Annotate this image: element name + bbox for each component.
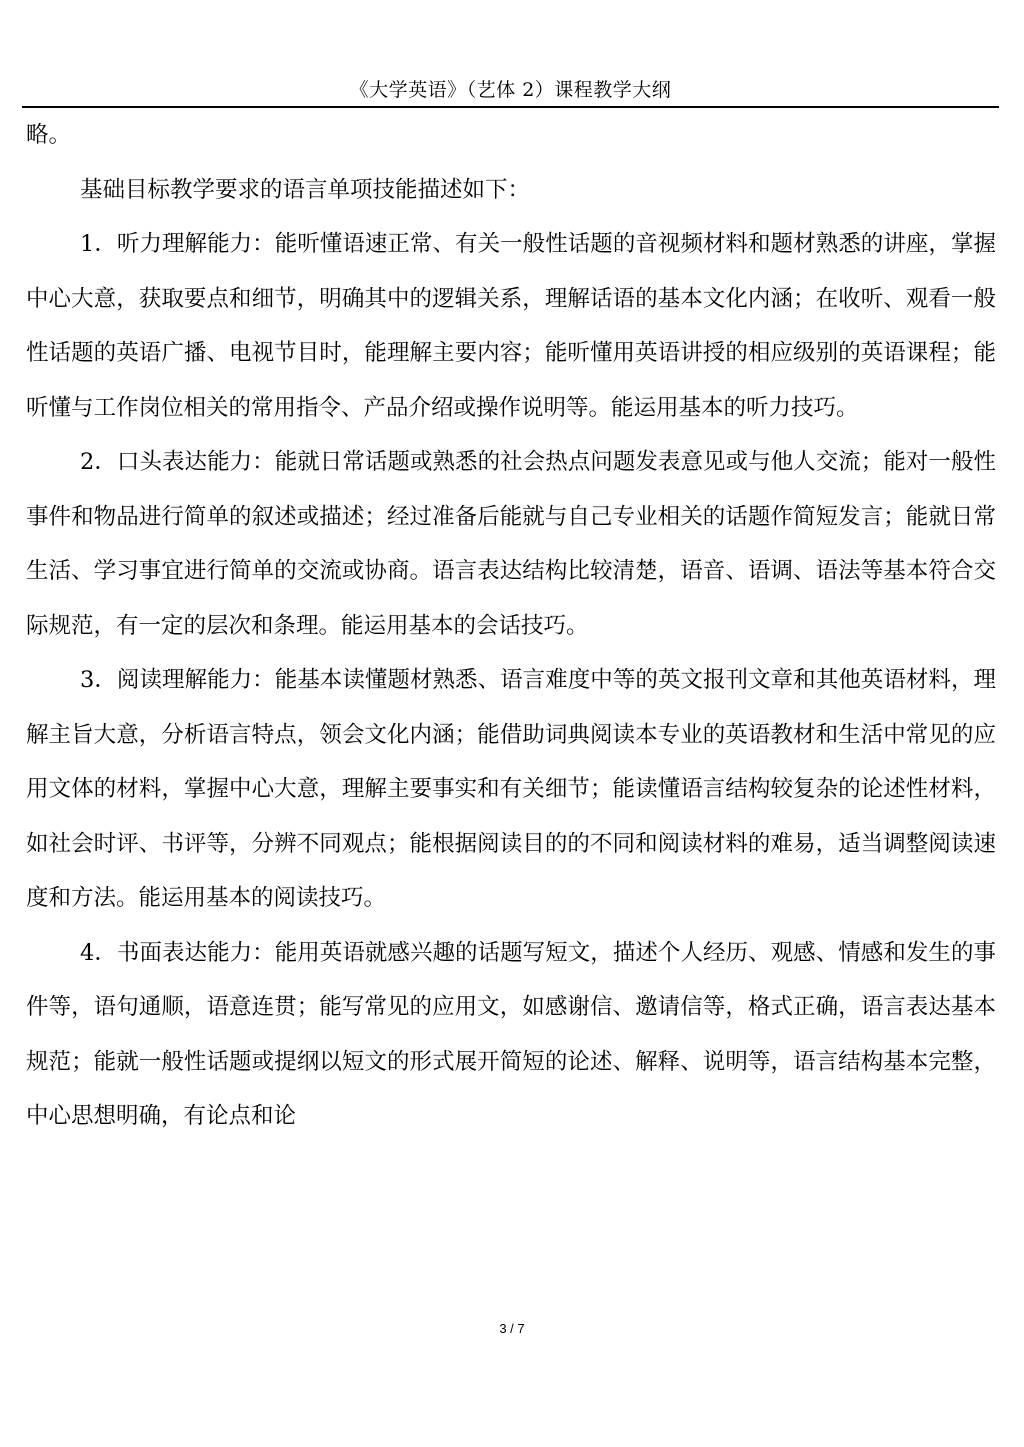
paragraph-listening: 1．听力理解能力：能听懂语速正常、有关一般性话题的音视频材料和题材熟悉的讲座，掌…	[26, 217, 996, 435]
page-header: 《大学英语》（艺体 2）课程教学大纲	[22, 72, 999, 108]
document-body: 略。 基础目标教学要求的语言单项技能描述如下： 1．听力理解能力：能听懂语速正常…	[26, 108, 996, 1144]
document-title: 《大学英语》（艺体 2）课程教学大纲	[22, 78, 999, 102]
paragraph-reading: 3．阅读理解能力：能基本读懂题材熟悉、语言难度中等的英文报刊文章和其他英语材料，…	[26, 653, 996, 926]
paragraph-intro: 基础目标教学要求的语言单项技能描述如下：	[26, 163, 996, 218]
paragraph-continuation: 略。	[26, 108, 996, 163]
paragraph-writing: 4．书面表达能力：能用英语就感兴趣的话题写短文，描述个人经历、观感、情感和发生的…	[26, 926, 996, 1144]
paragraph-speaking: 2．口头表达能力：能就日常话题或熟悉的社会热点问题发表意见或与他人交流；能对一般…	[26, 435, 996, 653]
page-number: 3 / 7	[0, 1321, 1024, 1337]
